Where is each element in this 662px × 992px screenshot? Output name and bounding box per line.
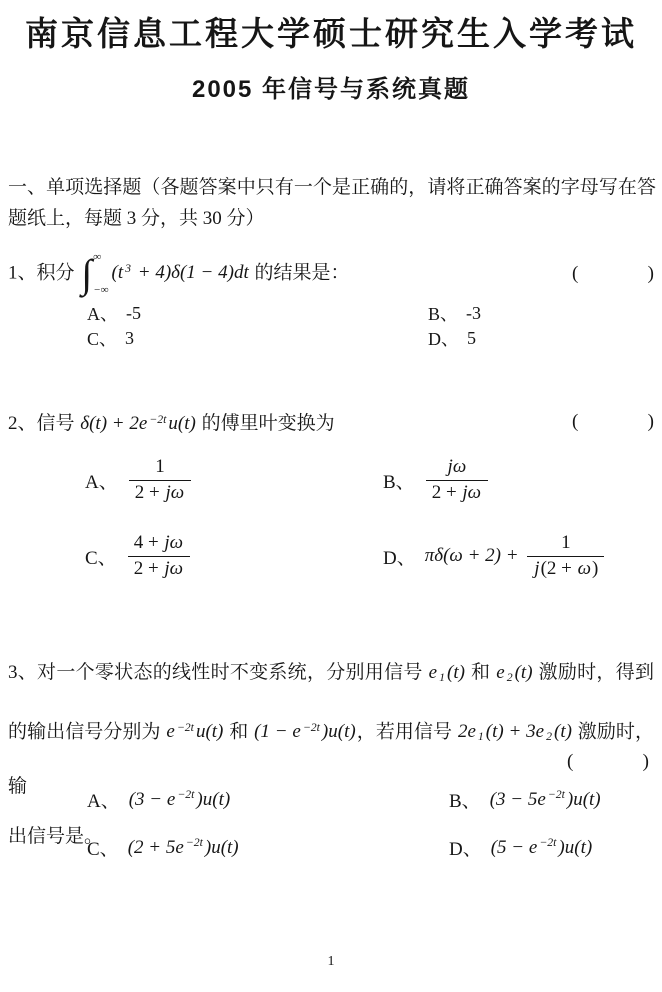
q3-option-b-value: (3 − 5e−2t)u(t) (489, 788, 602, 810)
q2-option-b-value: jω2 + jω (423, 455, 491, 505)
exam-subtitle: 2005 年信号与系统真题 (0, 69, 662, 104)
q3-option-d-label: D、 (449, 834, 482, 861)
question-3-stem: 3、对一个零状态的线性时不变系统，分别用信号 e1(t) 和 e2(t) 激励时… (8, 648, 654, 862)
q3-option-b: B、 (3 − 5e−2t)u(t) (449, 786, 602, 813)
q2-option-a-value: 12 + jω (126, 455, 194, 505)
q2-option-a: A、 12 + jω (85, 455, 194, 505)
q1-option-b: B、 -3 (428, 300, 481, 326)
q3-option-c-label: C、 (87, 834, 119, 861)
q2-option-c: C、 4 + jω2 + jω (85, 531, 193, 581)
q3-option-a-label: A、 (87, 786, 120, 813)
q1-option-a: A、 -5 (87, 300, 141, 326)
exam-page: 南京信息工程大学硕士研究生入学考试 2005 年信号与系统真题 一、单项选择题（… (0, 0, 662, 992)
q3-option-a: A、 (3 − e−2t)u(t) (87, 786, 231, 813)
open-paren: ( (567, 751, 573, 773)
question-2-formula: 2、信号 δ(t) + 2e−2tu(t) 的傅里叶变换为 (8, 408, 335, 435)
q1-option-c-label: C、 (87, 325, 117, 351)
q2-option-b: B、 jω2 + jω (383, 455, 491, 505)
q2-option-a-label: A、 (85, 467, 118, 494)
page-number: 1 (0, 954, 662, 970)
q1-option-c-value: 3 (125, 328, 134, 349)
close-paren: ) (648, 263, 654, 285)
q2-option-c-label: C、 (85, 543, 117, 570)
section-heading: 一、单项选择题（各题答案中只有一个是正确的，请将正确答案的字母写在答题纸上，每题… (8, 172, 656, 234)
q1-option-c: C、 3 (87, 325, 134, 351)
q1-option-a-label: A、 (87, 300, 118, 326)
question-1-formula: 1、积分 ∫∞−∞(t3 + 4)δ(1 − 4)dt 的结果是： (8, 252, 350, 296)
open-paren: ( (572, 263, 578, 285)
question-1-stem: 1、积分 ∫∞−∞(t3 + 4)δ(1 − 4)dt 的结果是： ( ) (8, 252, 654, 296)
open-paren: ( (572, 411, 578, 433)
q1-option-d-label: D、 (428, 325, 459, 351)
q2-option-c-value: 4 + jω2 + jω (125, 531, 193, 581)
q2-option-d: D、 πδ(ω + 2) + 1j(2 + ω) (383, 531, 607, 581)
close-paren: ) (648, 411, 654, 433)
question-1-answer-blank: ( ) (572, 263, 654, 285)
q3-option-c-value: (2 + 5e−2t)u(t) (127, 836, 240, 858)
q3-option-d: D、 (5 − e−2t)u(t) (449, 834, 593, 861)
q1-option-b-value: -3 (466, 303, 481, 324)
q1-option-d: D、 5 (428, 325, 476, 351)
q2-option-b-label: B、 (383, 467, 415, 494)
question-2-stem: 2、信号 δ(t) + 2e−2tu(t) 的傅里叶变换为 ( ) (8, 408, 654, 435)
question-2-answer-blank: ( ) (572, 411, 654, 433)
q1-option-d-value: 5 (467, 328, 476, 349)
q3-option-a-value: (3 − e−2t)u(t) (128, 788, 231, 810)
q2-option-d-value: πδ(ω + 2) + 1j(2 + ω) (424, 531, 608, 581)
q1-option-a-value: -5 (126, 303, 141, 324)
q3-option-d-value: (5 − e−2t)u(t) (490, 836, 593, 858)
question-3-line-1: 3、对一个零状态的线性时不变系统，分别用信号 e1(t) 和 e2(t) 激励时… (8, 648, 654, 703)
close-paren: ) (643, 751, 649, 773)
q2-option-d-label: D、 (383, 543, 416, 570)
q3-option-b-label: B、 (449, 786, 481, 813)
q3-option-c: C、 (2 + 5e−2t)u(t) (87, 834, 240, 861)
question-3-answer-blank: ( ) (567, 751, 649, 773)
q1-option-b-label: B、 (428, 300, 458, 326)
exam-title: 南京信息工程大学硕士研究生入学考试 (0, 8, 662, 55)
